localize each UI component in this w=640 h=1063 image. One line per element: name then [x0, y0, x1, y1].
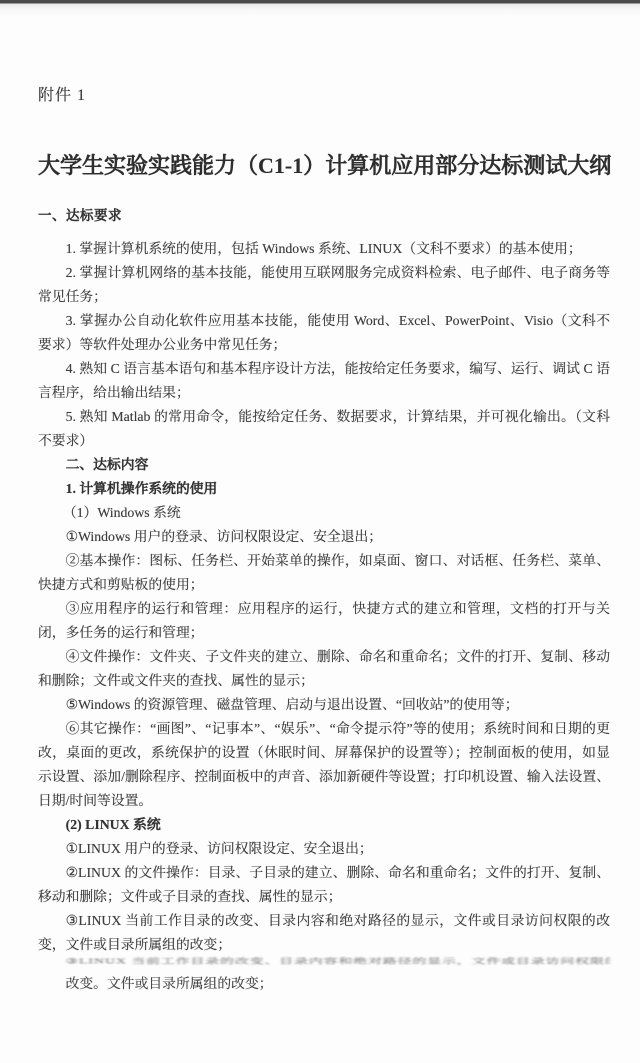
linux-item: ①LINUX 用户的登录、访问权限设定、安全退出；	[38, 837, 610, 861]
page-content: 附件 1 大学生实验实践能力（C1-1）计算机应用部分达标测试大纲 一、达标要求…	[0, 0, 640, 995]
windows-item: ⑤Windows 的资源管理、磁盘管理、启动与退出设置、“回收站”的使用等；	[38, 693, 610, 717]
document-page: 附件 1 大学生实验实践能力（C1-1）计算机应用部分达标测试大纲 一、达标要求…	[0, 0, 640, 1063]
linux-heading: (2) LINUX 系统	[38, 813, 610, 837]
linux-item: ②LINUX 的文件操作：目录、子目录的建立、删除、命名和重命名；文件的打开、复…	[38, 861, 610, 909]
document-body: 1. 掌握计算机系统的使用，包括 Windows 系统、LINUX（文科不要求）…	[38, 237, 610, 995]
windows-item: ④文件操作：文件夹、子文件夹的建立、删除、命名和重命名；文件的打开、复制、移动和…	[38, 645, 610, 693]
requirement-item: 2. 掌握计算机网络的基本技能，能使用互联网服务完成资料检索、电子邮件、电子商务…	[38, 261, 610, 309]
windows-item: ③应用程序的运行和管理：应用程序的运行，快捷方式的建立和管理，文档的打开与关闭，…	[38, 597, 610, 645]
windows-heading: （1）Windows 系统	[38, 501, 610, 525]
requirement-item: 5. 熟知 Matlab 的常用命令，能按给定任务、数据要求，计算结果，并可视化…	[38, 405, 610, 453]
requirement-item: 1. 掌握计算机系统的使用，包括 Windows 系统、LINUX（文科不要求）…	[38, 237, 610, 261]
linux-item: ③LINUX 当前工作目录的改变、目录内容和绝对路径的显示，文件或目录访问权限的…	[38, 909, 610, 957]
content-heading: 二、达标内容	[38, 453, 610, 477]
requirement-item: 3. 掌握办公自动化软件应用基本技能，能使用 Word、Excel、PowerP…	[38, 309, 610, 357]
document-title: 大学生实验实践能力（C1-1）计算机应用部分达标测试大纲	[38, 149, 610, 180]
windows-item: ①Windows 用户的登录、访问权限设定、安全退出；	[38, 525, 610, 549]
windows-item: ⑥其它操作：“画图”、“记事本”、“娱乐”、“命令提示符”等的使用；系统时间和日…	[38, 717, 610, 813]
requirement-item: 4. 熟知 C 语言基本语句和基本程序设计方法，能按给定任务要求，编写、运行、调…	[38, 357, 610, 405]
windows-item: ②基本操作：图标、任务栏、开始菜单的操作，如桌面、窗口、对话框、任务栏、菜单、快…	[38, 549, 610, 597]
attachment-label: 附件 1	[38, 82, 610, 105]
scan-ghost-line: 改变。文件或目录所属组的改变；	[38, 973, 610, 995]
scan-ghost-line: ③LINUX 当前工作目录的改变、目录内容和绝对路径的显示，文件或目录访问权限的	[38, 957, 610, 966]
requirements-heading: 一、达标要求	[38, 204, 610, 224]
os-use-heading: 1. 计算机操作系统的使用	[38, 477, 610, 501]
